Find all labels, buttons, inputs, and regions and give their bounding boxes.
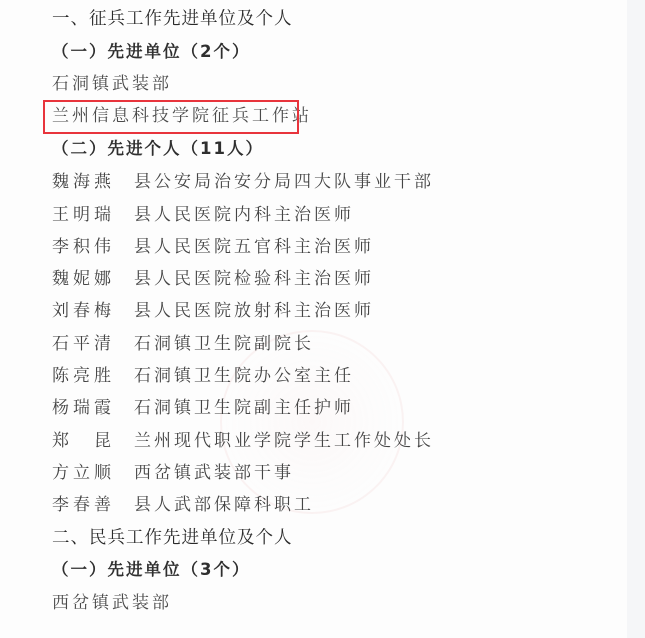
- person-title: 西岔镇武装部干事: [134, 462, 294, 484]
- unit-item: 西岔镇武装部: [52, 592, 172, 614]
- document-page: 一、征兵工作先进单位及个人 （一）先进单位（2个） 石洞镇武装部 兰州信息科技学…: [0, 0, 627, 638]
- person-row: 魏海燕县公安局治安分局四大队事业干部: [52, 171, 434, 193]
- right-side-panel: [627, 0, 645, 638]
- person-row: 王明瑞县人民医院内科主治医师: [52, 204, 354, 226]
- person-name: 石平清: [52, 333, 134, 355]
- person-name: 陈亮胜: [52, 365, 134, 387]
- person-name: 王明瑞: [52, 204, 134, 226]
- person-row: 李春善县人武部保障科职工: [52, 494, 314, 516]
- section-2-heading: 二、民兵工作先进单位及个人: [52, 527, 293, 549]
- person-row: 陈亮胜石洞镇卫生院办公室主任: [52, 365, 354, 387]
- person-title: 县人民医院放射科主治医师: [134, 300, 374, 322]
- section-2-sub-1-heading: （一）先进单位（3个）: [52, 559, 250, 581]
- person-row: 石平清石洞镇卫生院副院长: [52, 333, 314, 355]
- faded-seal-stamp: [220, 330, 404, 514]
- person-row: 郑 昆兰州现代职业学院学生工作处处长: [52, 430, 434, 452]
- person-title: 县人武部保障科职工: [134, 494, 314, 516]
- person-name: 魏海燕: [52, 171, 134, 193]
- person-title: 石洞镇卫生院副院长: [134, 333, 314, 355]
- person-name: 杨瑞霞: [52, 397, 134, 419]
- person-row: 杨瑞霞石洞镇卫生院副主任护师: [52, 397, 354, 419]
- person-row: 李积伟县人民医院五官科主治医师: [52, 236, 374, 258]
- unit-item: 石洞镇武装部: [52, 73, 172, 95]
- person-title: 县人民医院五官科主治医师: [134, 236, 374, 258]
- person-name: 刘春梅: [52, 300, 134, 322]
- person-title: 兰州现代职业学院学生工作处处长: [134, 430, 434, 452]
- person-title: 县人民医院检验科主治医师: [134, 268, 374, 290]
- person-row: 魏妮娜县人民医院检验科主治医师: [52, 268, 374, 290]
- person-title: 石洞镇卫生院副主任护师: [134, 397, 354, 419]
- person-name: 李积伟: [52, 236, 134, 258]
- person-name: 郑 昆: [52, 430, 134, 452]
- section-1-sub-2-heading: （二）先进个人（11人）: [52, 138, 264, 160]
- person-name: 李春善: [52, 494, 134, 516]
- red-highlight-box: [43, 100, 299, 134]
- person-row: 方立顺西岔镇武装部干事: [52, 462, 294, 484]
- person-name: 魏妮娜: [52, 268, 134, 290]
- section-1-heading: 一、征兵工作先进单位及个人: [52, 8, 293, 30]
- person-name: 方立顺: [52, 462, 134, 484]
- person-title: 石洞镇卫生院办公室主任: [134, 365, 354, 387]
- section-1-sub-1-heading: （一）先进单位（2个）: [52, 41, 250, 63]
- person-title: 县人民医院内科主治医师: [134, 204, 354, 226]
- person-row: 刘春梅县人民医院放射科主治医师: [52, 300, 374, 322]
- person-title: 县公安局治安分局四大队事业干部: [134, 171, 434, 193]
